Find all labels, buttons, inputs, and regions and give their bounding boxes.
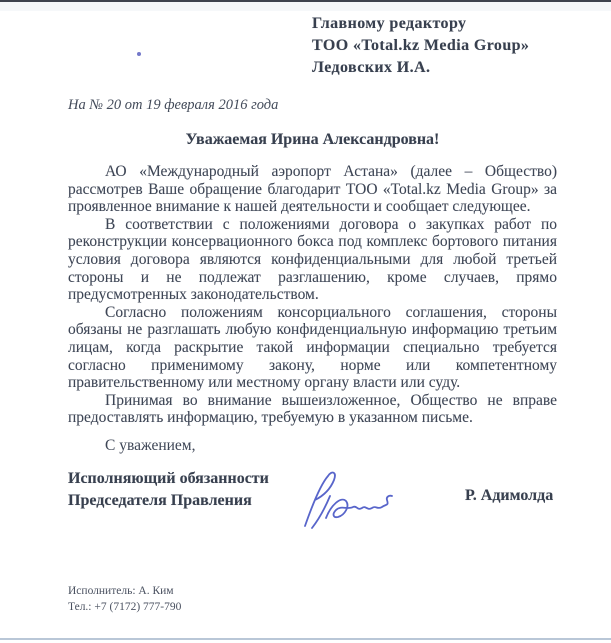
recipient-line: Главному редактору	[312, 13, 529, 35]
closing-phrase: С уважением,	[105, 437, 196, 455]
body-paragraph: Принимая во внимание вышеизложенное, Общ…	[68, 392, 557, 427]
signature-block: Исполняющий обязанности Председателя Пра…	[68, 468, 557, 538]
signer-position-line: Председателя Правления	[68, 490, 269, 512]
signer-position-line: Исполняющий обязанности	[68, 468, 269, 490]
scan-bottom-edge	[0, 638, 611, 640]
body-paragraph: Согласно положениям консорциального согл…	[68, 304, 557, 392]
body-paragraph: В соответствии с положениями договора о …	[68, 216, 557, 304]
signer-position: Исполняющий обязанности Председателя Пра…	[68, 468, 269, 512]
recipient-line: ТОО «Total.kz Media Group»	[312, 35, 529, 57]
ink-speck	[137, 52, 141, 56]
recipient-block: Главному редактору ТОО «Total.kz Media G…	[312, 13, 529, 79]
salutation: Уважаемая Ирина Александровна!	[68, 131, 557, 149]
signer-name: Р. Адимолда	[465, 487, 553, 505]
reference-line: На № 20 от 19 февраля 2016 года	[68, 97, 278, 114]
body-paragraph: АО «Международный аэропорт Астана» (дале…	[68, 163, 557, 216]
letter-body: АО «Международный аэропорт Астана» (дале…	[68, 163, 557, 427]
scanned-letter-page: Главному редактору ТОО «Total.kz Media G…	[0, 0, 611, 643]
scan-top-shade	[0, 2, 611, 11]
phone-line: Тел.: +7 (7172) 777-790	[68, 599, 181, 615]
recipient-line: Ледовских И.А.	[312, 57, 529, 79]
executor-line: Исполнитель: А. Ким	[68, 583, 181, 599]
handwritten-signature-icon	[290, 466, 410, 532]
footer-block: Исполнитель: А. Ким Тел.: +7 (7172) 777-…	[68, 583, 181, 615]
